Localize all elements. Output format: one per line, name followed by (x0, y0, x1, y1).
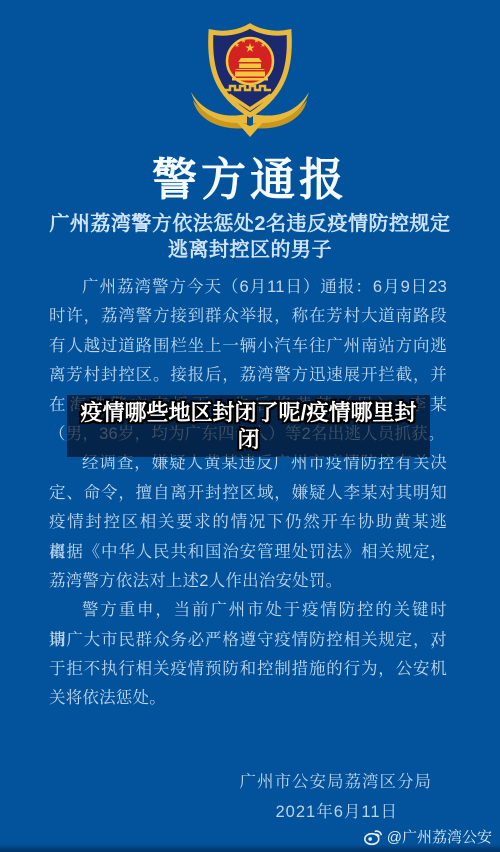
body-line: 有人越过道路围栏坐上一辆小汽车往广州南站方向逃 (49, 332, 447, 361)
body-line: 根据《中华人民共和国治安管理处罚法》相关规定， (49, 538, 447, 567)
body-line: 疫情封控区相关要求的情况下仍然开车协助黄某逃离， (49, 508, 447, 537)
body-line: 警方重申，当前广州市处于疫情防控的关键时期， (49, 596, 447, 625)
body-text: 广州荔湾警方今天（6月11日）通报：6月9日23时许，荔湾警方接到群众举报，称在… (49, 273, 447, 714)
weibo-icon (363, 828, 383, 846)
police-badge-emblem (185, 20, 315, 138)
page-title: 警方通报 (0, 143, 500, 208)
subtitle-line-1: 广州荔湾警方依法惩处2名违反疫情防控规定 (0, 211, 500, 237)
notice-subtitle: 广州荔湾警方依法惩处2名违反疫情防控规定 逃离封控区的男子 (0, 211, 500, 263)
body-line: 荔湾警方依法对上述2人作出治安处罚。 (49, 567, 447, 596)
police-notice-poster: 警方通报 广州荔湾警方依法惩处2名违反疫情防控规定 逃离封控区的男子 广州荔湾警… (0, 0, 500, 852)
body-line: 于拒不执行相关疫情预防和控制措施的行为，公安机 (49, 655, 447, 684)
overlay-text-line-1: 疫情哪些地区封闭了呢/疫情哪里封 (80, 399, 416, 426)
police-badge-icon (185, 20, 315, 138)
caption-overlay-banner: 疫情哪些地区封闭了呢/疫情哪里封 闭 (67, 395, 430, 457)
issuer-signature: 广州市公安局荔湾区分局 (240, 768, 433, 792)
weibo-watermark: @广州荔湾公安 (363, 826, 492, 847)
body-line: 广州荔湾警方今天（6月11日）通报：6月9日23 (49, 273, 447, 302)
overlay-text-line-2: 闭 (237, 426, 259, 453)
watermark-text: @广州荔湾公安 (387, 826, 492, 847)
body-line: 时许，荔湾警方接到群众举报，称在芳村大道南路段 (49, 302, 447, 331)
body-line: 定、命令，擅自离开封控区域，嫌疑人李某对其明知 (49, 479, 447, 508)
issue-date: 2021年6月11日 (275, 798, 398, 822)
subtitle-line-2: 逃离封控区的男子 (0, 237, 500, 263)
body-line: 离芳村封控区。接报后，荔湾警方迅速展开拦截，并 (49, 361, 447, 390)
body-line: 请广大市民群众务必严格遵守疫情防控相关规定，对 (49, 626, 447, 655)
body-line: 关将依法惩处。 (49, 684, 447, 713)
